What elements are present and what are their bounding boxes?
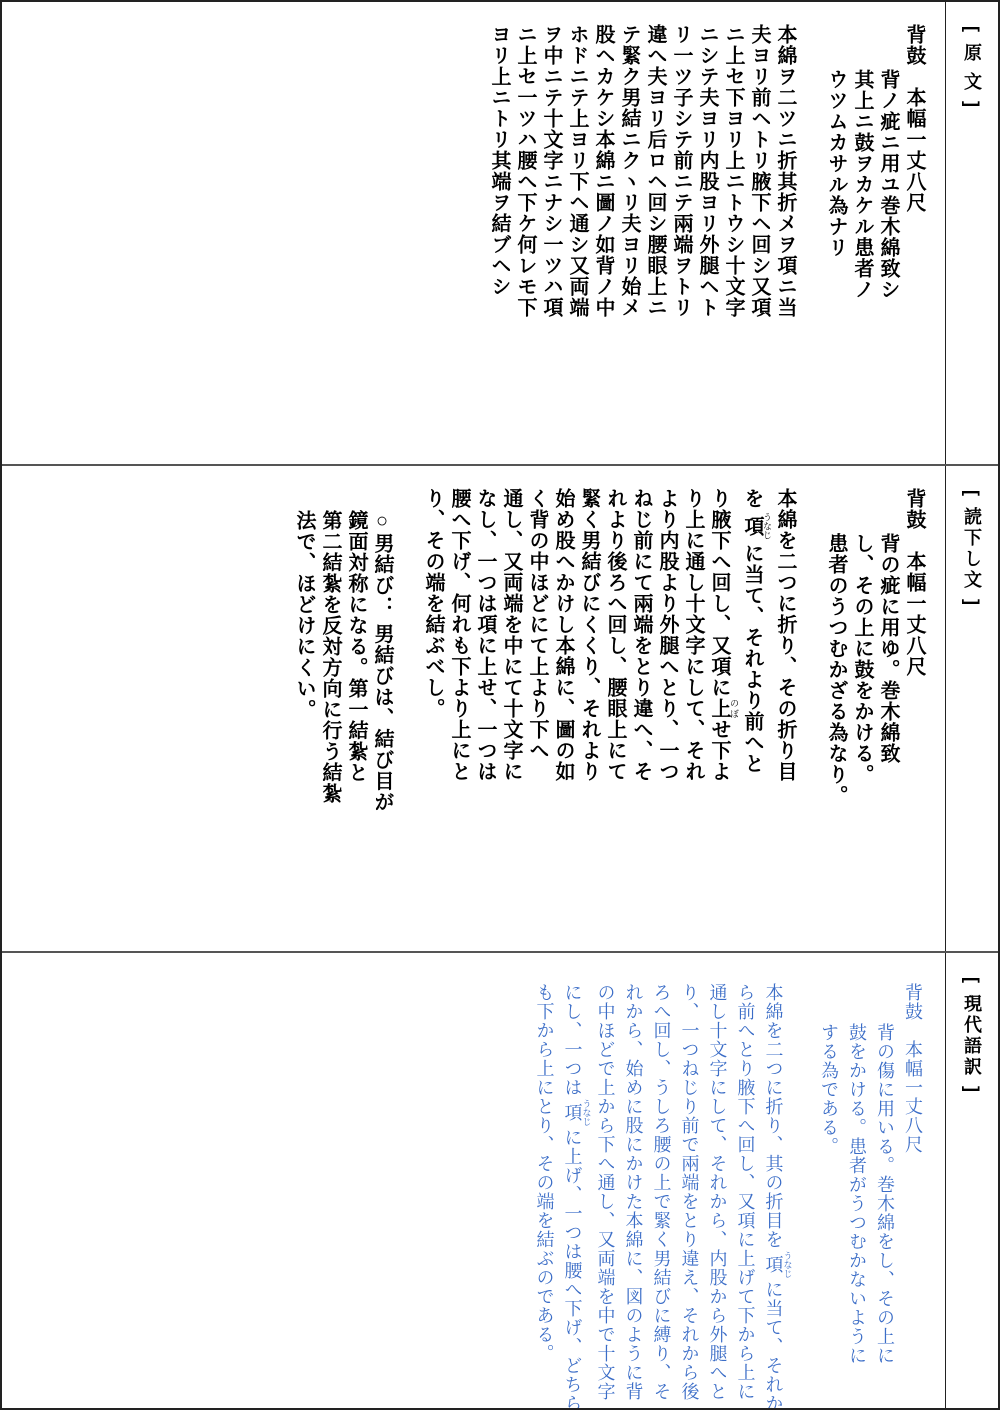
yomikudashi-header-cell: [ 読下し文 ] (945, 466, 998, 951)
text-column: 背ノ疵ニ用ユ巻木綿致シ (875, 24, 901, 458)
text-column: 本綿を二つに折り、その折り目 (772, 488, 798, 945)
text-column: 本綿ヲ二ツニ折其折メヲ項ニ当 (772, 24, 798, 458)
text-column: リ一ツ子シテ前ニテ兩端ヲトリ (668, 24, 694, 458)
text-column: テ緊ク男結ニクヽリ夫ヨリ始メ (616, 24, 642, 458)
text-column: し、その上に鼓をかける。 (849, 488, 875, 945)
original-text-columns: 背鼓 本幅一丈八尺背ノ疵ニ用ユ巻木綿致シ其上ニ鼓ヲカケル患者ノウツムカサル為ナリ… (478, 2, 945, 464)
text-column: にし、一つは 項うなじ に上げ、一つは腰へ下げ、どちら (559, 983, 592, 1402)
section-modern-translation: 背鼓 本幅一丈八尺背の傷に用いる。巻木綿をし、その上に鼓をかける。患者がうつむか… (2, 951, 998, 1408)
original-text-area: 背鼓 本幅一丈八尺背ノ疵ニ用ユ巻木綿致シ其上ニ鼓ヲカケル患者ノウツムカサル為ナリ… (2, 2, 945, 464)
original-header-label: [ 原 文 ] (959, 26, 985, 110)
section-yomikudashi: 背鼓 本幅一丈八尺背の疵に用ゆ。巻木綿致し、その上に鼓をかける。患者のうつむかざ… (2, 464, 998, 951)
text-column: ら前へとり腋下へ回し、又項に上げて下から上に (732, 983, 760, 1402)
text-column: く背の中ほどにて上より下へ (524, 488, 550, 945)
text-column: 法で、ほどけにくい。 (291, 488, 317, 945)
yomikudashi-header-label: [ 読下し文 ] (959, 490, 985, 608)
text-column: 背の傷に用いる。巻木綿をし、その上に (871, 983, 899, 1402)
text-column: ねじ前にて兩端をとり違へ、そ (628, 488, 654, 945)
text-column: 通し十文字にして、それから、内股から外腿へと (704, 983, 732, 1402)
text-column: ○男結び： 男結びは、結び目が (369, 488, 395, 945)
modern-translation-header-cell: [ 現代語訳 ] (945, 953, 998, 1408)
text-column: 通し、又両端を中にて十文字に (498, 488, 524, 945)
text-column: 背の疵に用ゆ。巻木綿致 (875, 488, 901, 945)
text-column: 腰へ下げ、何れも下より上にと (446, 488, 472, 945)
text-column: も下から上にとり、その端を結ぶのである。 (531, 983, 559, 1402)
modern-translation-text-columns: 背鼓 本幅一丈八尺背の傷に用いる。巻木綿をし、その上に鼓をかける。患者がうつむか… (523, 953, 946, 1408)
text-column: 股ヘカケシ本綿ニ圖ノ如背ノ中 (590, 24, 616, 458)
text-column: ニシテ夫ヨリ内股ヨリ外腿ヘト (694, 24, 720, 458)
text-column: する為である。 (815, 983, 843, 1402)
text-column: より内股より外腿へとり、一つ (654, 488, 680, 945)
document-page: { "text_colors": { "body": "#000000", "t… (0, 0, 1000, 1410)
text-column: り腋下へ回し、又項に上のぼせ下よ (706, 488, 739, 945)
text-column: 緊く男結びにくくり、それより (576, 488, 602, 945)
text-column: 患者のうつむかざる為なり。 (823, 488, 849, 945)
text-column: 其上ニ鼓ヲカケル患者ノ (849, 24, 875, 458)
text-column: ニ上セ下ヨリ上ニトウシ十文字 (720, 24, 746, 458)
section-original: 背鼓 本幅一丈八尺背ノ疵ニ用ユ巻木綿致シ其上ニ鼓ヲカケル患者ノウツムカサル為ナリ… (2, 2, 998, 464)
text-column: 鏡面対称になる。第一結紮と (343, 488, 369, 945)
text-column: ホドニテ上ヨリ下ヘ通シ又両端 (564, 24, 590, 458)
text-column: 背鼓 本幅一丈八尺 (899, 983, 927, 1402)
text-column: ヨリ上ニトリ其端ヲ結ブヘシ (486, 24, 512, 458)
text-column: 違へ夫ヨリ后ロヘ回シ腰眼上ニ (642, 24, 668, 458)
text-column: れから、始めに股にかけた本綿に、図のように背 (620, 983, 648, 1402)
text-column: り、その端を結ぶべし。 (420, 488, 446, 945)
text-column: ニ上セ一ツハ腰へ下ケ何レモ下 (512, 24, 538, 458)
original-header-cell: [ 原 文 ] (945, 2, 998, 464)
text-column: 鼓をかける。患者がうつむかないように (843, 983, 871, 1402)
text-column: 第二結紮を反対方向に行う結紮 (317, 488, 343, 945)
text-column: り、一つねじり前で兩端をとり違え、それから後 (676, 983, 704, 1402)
text-column: を 項うなじ に当て、それより前へと (739, 488, 772, 945)
modern-translation-text-area: 背鼓 本幅一丈八尺背の傷に用いる。巻木綿をし、その上に鼓をかける。患者がうつむか… (2, 953, 945, 1408)
text-column: 背鼓 本幅一丈八尺 (901, 488, 927, 945)
yomikudashi-text-columns: 背鼓 本幅一丈八尺背の疵に用ゆ。巻木綿致し、その上に鼓をかける。患者のうつむかざ… (283, 466, 945, 951)
text-column: り上に通し十文字にして、それ (680, 488, 706, 945)
modern-translation-header-label: [ 現代語訳 ] (959, 977, 985, 1095)
text-column: 夫ヨリ前ヘトリ腋下ヘ回シ又項 (746, 24, 772, 458)
text-column: 始め股へかけし本綿に、圖の如 (550, 488, 576, 945)
text-column: 本綿を二つに折り、其の折目を 項うなじ に当て、それか (760, 983, 793, 1402)
text-column: ろへ回し、うしろ腰の上で緊く男結びに縛り、そ (648, 983, 676, 1402)
text-column: 背鼓 本幅一丈八尺 (901, 24, 927, 458)
text-column: ウツムカサル為ナリ (823, 24, 849, 458)
text-column: なし、一つは項に上せ、一つは (472, 488, 498, 945)
yomikudashi-text-area: 背鼓 本幅一丈八尺背の疵に用ゆ。巻木綿致し、その上に鼓をかける。患者のうつむかざ… (2, 466, 945, 951)
text-column: れより後ろへ回し、腰眼上にて (602, 488, 628, 945)
text-column: の中ほどで上から下へ通し、又両端を中で十文字 (592, 983, 620, 1402)
text-column: ヲ中ニテ十文字ニナシ一ツハ項 (538, 24, 564, 458)
